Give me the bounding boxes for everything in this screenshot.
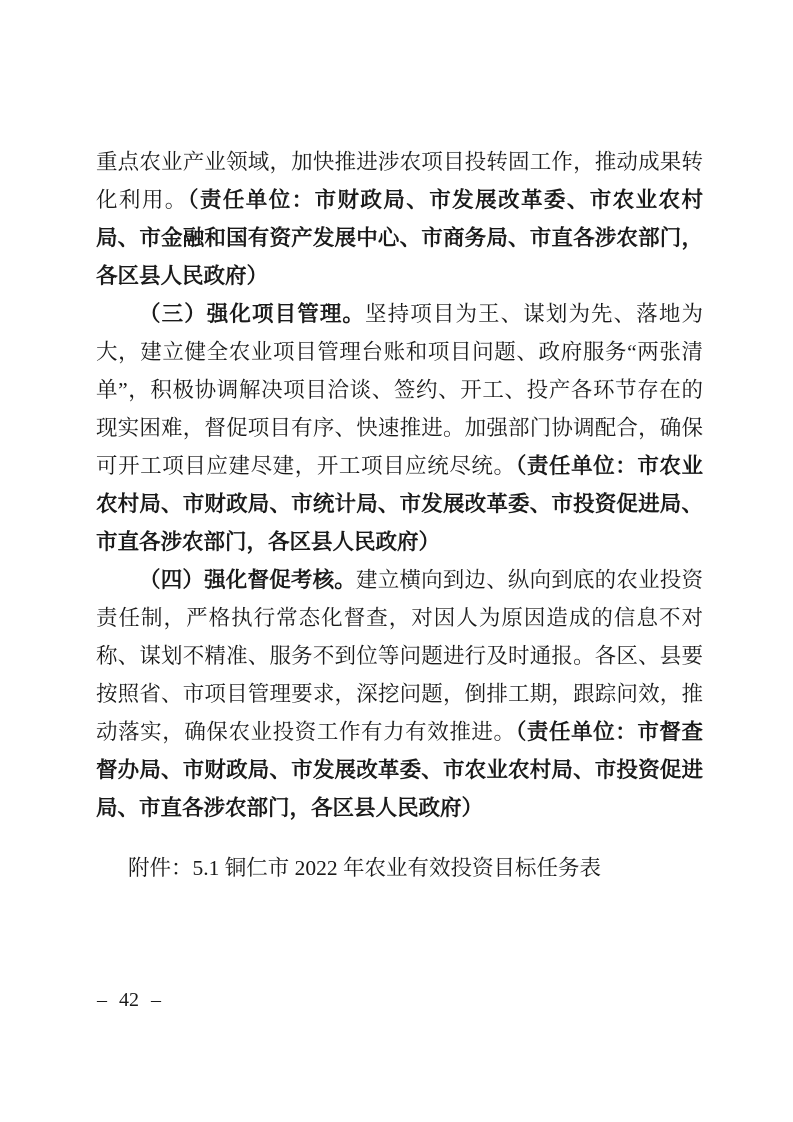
document-page: 重点农业产业领域，加快推进涉农项目投转固工作，推动成果转化利用。（责任单位：市财…: [0, 0, 793, 1122]
page-number: – 42 –: [97, 988, 161, 1012]
paragraph: （三）强化项目管理。坚持项目为王、谋划为先、落地为大，建立健全农业项目管理台账和…: [96, 295, 703, 561]
document-body: 重点农业产业领域，加快推进涉农项目投转固工作，推动成果转化利用。（责任单位：市财…: [96, 143, 703, 827]
paragraph: （四）强化督促考核。建立横向到边、纵向到底的农业投资责任制，严格执行常态化督查，…: [96, 561, 703, 827]
text-run-bold-sans: （责任单位：市财政局、市发展改革委、市农业农村局、市金融和国有资产发展中心、市商…: [96, 188, 703, 288]
paragraph: 重点农业产业领域，加快推进涉农项目投转固工作，推动成果转化利用。（责任单位：市财…: [96, 143, 703, 295]
text-run-bold-serif: （三）强化项目管理。: [139, 302, 365, 326]
text-run-bold-serif: （四）强化督促考核。: [139, 568, 356, 592]
attachment-line: 附件：5.1 铜仁市 2022 年农业有效投资目标任务表: [96, 849, 735, 887]
text-run-normal: 建立横向到边、纵向到底的农业投资责任制，严格执行常态化督查，对因人为原因造成的信…: [96, 568, 703, 744]
text-run-normal: 坚持项目为王、谋划为先、落地为大，建立健全农业项目管理台账和项目问题、政府服务“…: [96, 302, 703, 478]
